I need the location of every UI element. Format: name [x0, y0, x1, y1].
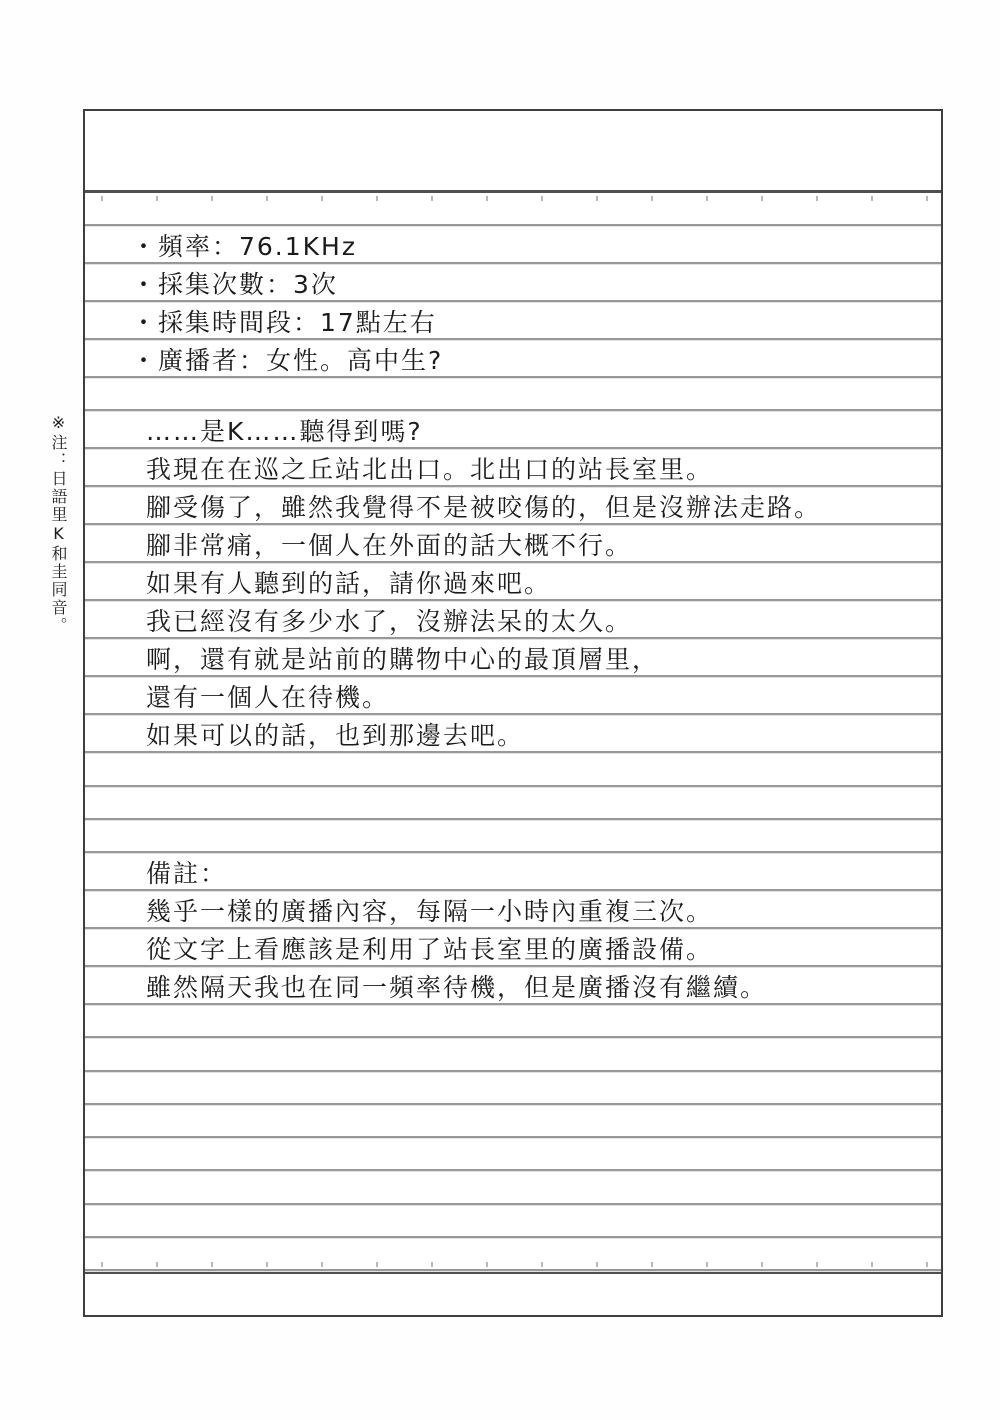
ruled-row	[85, 1105, 941, 1138]
scanned-page: ※注：日語里K和圭同音。 ・頻率：76.1KHz・採集次數：3次・採集時間段：1…	[0, 0, 1000, 1420]
note-line-text: 我已經沒有多少水了，沒辦法呆的太久。	[146, 602, 632, 638]
report-sheet: ・頻率：76.1KHz・採集次數：3次・採集時間段：17點左右・廣播者：女性。高…	[83, 109, 943, 1317]
note-line: 如果可以的話，也到那邊去吧。	[85, 715, 941, 753]
note-line: ・廣播者：女性。高中生?	[85, 340, 941, 378]
ruled-row	[85, 1038, 941, 1071]
note-line: 雖然隔天我也在同一頻率待機，但是廣播沒有繼續。	[85, 967, 941, 1005]
note-line-text: ・頻率：76.1KHz	[131, 227, 357, 263]
note-line-text: ・廣播者：女性。高中生?	[131, 341, 443, 377]
note-line-text: 啊，還有就是站前的購物中心的最頂層里，	[146, 640, 659, 676]
note-line: 腳受傷了，雖然我覺得不是被咬傷的，但是沒辦法走路。	[85, 487, 941, 525]
note-line-text: 幾乎一樣的廣播內容，每隔一小時內重複三次。	[146, 892, 713, 928]
note-line: 還有一個人在待機。	[85, 677, 941, 715]
note-line-text: 雖然隔天我也在同一頻率待機，但是廣播沒有繼續。	[146, 968, 767, 1004]
note-line-text: 備註：	[146, 854, 227, 890]
note-line: ……是K……聽得到嗎?	[85, 411, 941, 449]
note-line: 腳非常痛，一個人在外面的話大概不行。	[85, 525, 941, 563]
ruled-row	[85, 1072, 941, 1105]
note-line-text: 從文字上看應該是利用了站長室里的廣播設備。	[146, 930, 713, 966]
note-line: 我現在在巡之丘站北出口。北出口的站長室里。	[85, 449, 941, 487]
ruled-row	[85, 753, 941, 786]
note-line: 啊，還有就是站前的購物中心的最頂層里，	[85, 639, 941, 677]
note-line-text: 還有一個人在待機。	[146, 678, 389, 714]
note-line: 備註：	[85, 853, 941, 891]
ruled-row	[85, 1005, 941, 1038]
ruled-rows: ・頻率：76.1KHz・採集次數：3次・採集時間段：17點左右・廣播者：女性。高…	[85, 193, 941, 1271]
ruled-row	[85, 1171, 941, 1204]
note-line-text: ・採集次數：3次	[131, 265, 338, 301]
note-line: ・頻率：76.1KHz	[85, 226, 941, 264]
note-line: ・採集時間段：17點左右	[85, 302, 941, 340]
note-line: 我已經沒有多少水了，沒辦法呆的太久。	[85, 601, 941, 639]
note-line: 如果有人聽到的話，請你過來吧。	[85, 563, 941, 601]
note-line-text: 如果有人聽到的話，請你過來吧。	[146, 564, 551, 600]
note-line: 從文字上看應該是利用了站長室里的廣播設備。	[85, 929, 941, 967]
note-line-text: 腳非常痛，一個人在外面的話大概不行。	[146, 526, 632, 562]
note-line: 幾乎一樣的廣播內容，每隔一小時內重複三次。	[85, 891, 941, 929]
ruled-row	[85, 787, 941, 820]
note-line: ・採集次數：3次	[85, 264, 941, 302]
sheet-footer-area	[85, 1271, 941, 1315]
ruled-row	[85, 1138, 941, 1171]
ruled-row	[85, 193, 941, 226]
sheet-title-area	[85, 111, 941, 193]
note-line-text: ……是K……聽得到嗎?	[146, 412, 423, 448]
ruled-row	[85, 820, 941, 853]
ruled-row	[85, 1205, 941, 1238]
note-line-text: 如果可以的話，也到那邊去吧。	[146, 716, 524, 752]
translator-margin-note: ※注：日語里K和圭同音。	[50, 413, 66, 635]
ruled-row	[85, 378, 941, 411]
note-line-text: 我現在在巡之丘站北出口。北出口的站長室里。	[146, 450, 713, 486]
ruled-row	[85, 1238, 941, 1271]
note-line-text: 腳受傷了，雖然我覺得不是被咬傷的，但是沒辦法走路。	[146, 488, 821, 524]
note-line-text: ・採集時間段：17點左右	[131, 303, 437, 339]
